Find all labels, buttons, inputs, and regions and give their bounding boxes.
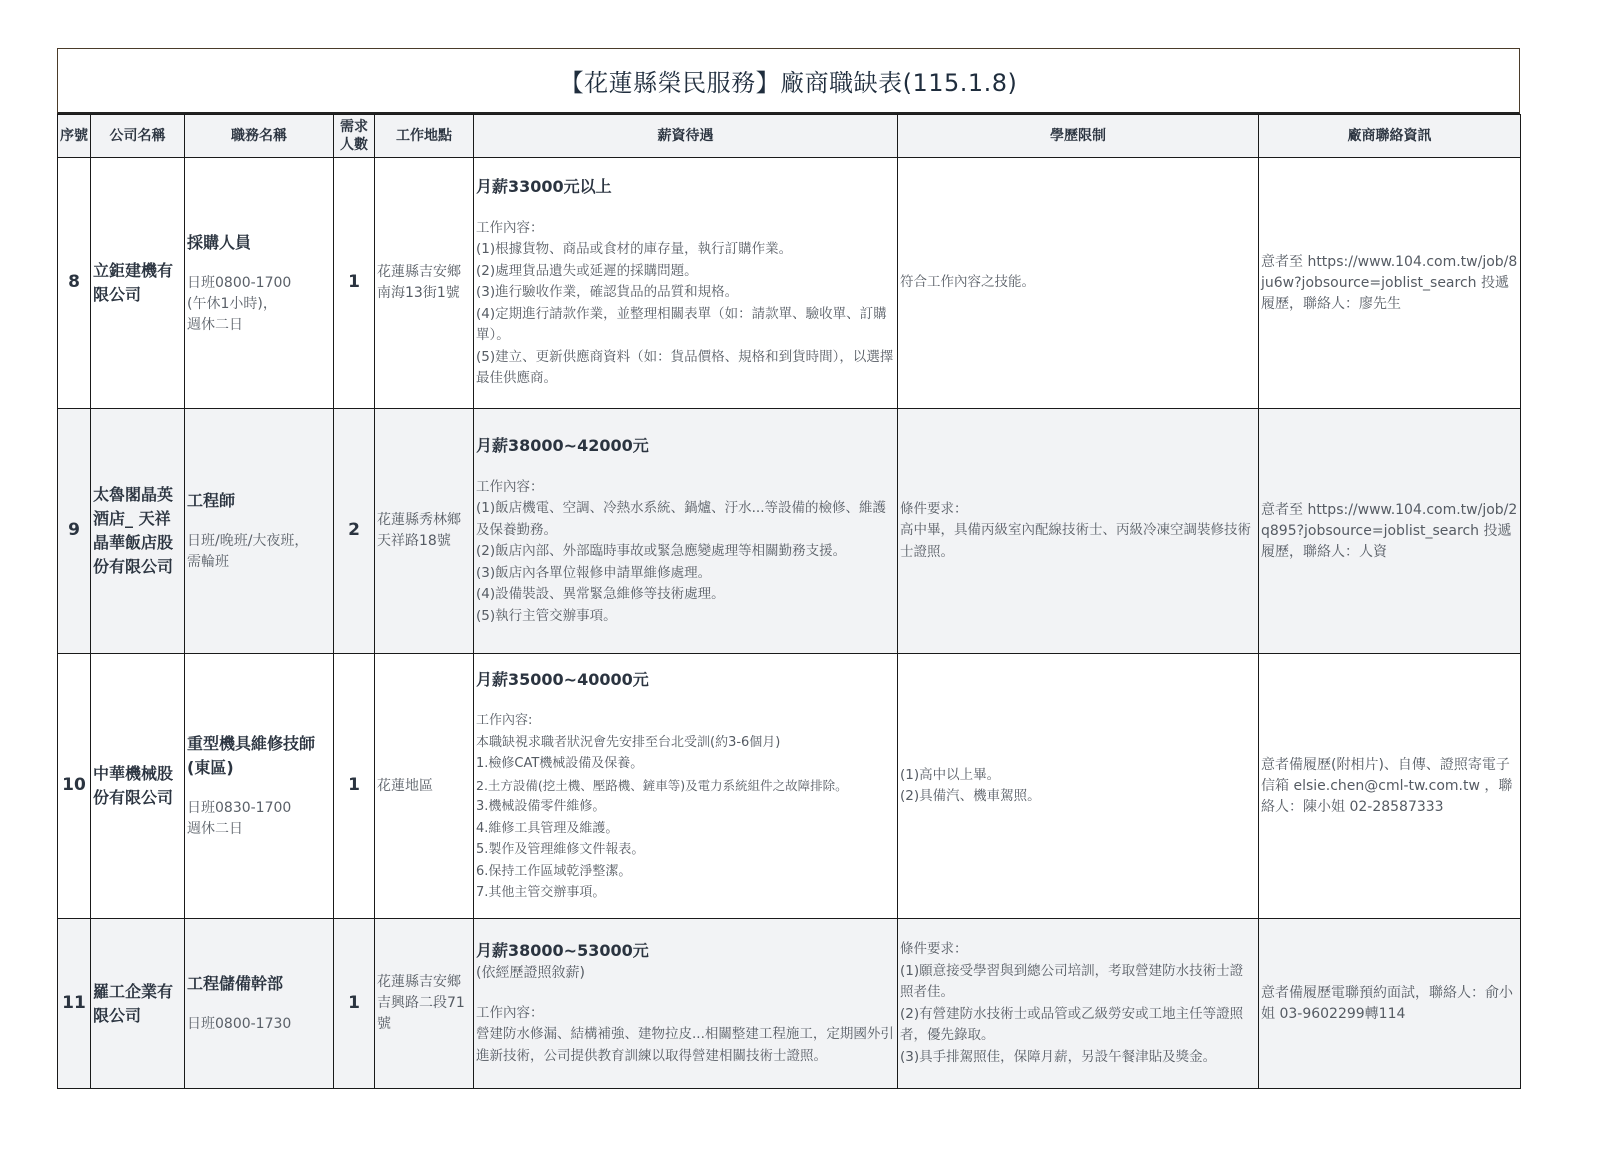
- seq-cell: 11: [58, 919, 91, 1089]
- shift-info: 日班0800-1730: [187, 1014, 331, 1035]
- location-cell: 花蓮縣吉安鄉南海13街1號: [375, 158, 474, 409]
- seq-cell: 10: [58, 654, 91, 919]
- company-cell: 中華機械股份有限公司: [91, 654, 185, 919]
- education-cell: 條件要求： 高中畢，具備丙級室內配線技術士、丙級冷凍空調裝修技術士證照。: [898, 409, 1259, 654]
- duty-line: (3)進行驗收作業，確認貨品的品質和規格。: [476, 282, 895, 304]
- header-education: 學歷限制: [898, 115, 1259, 158]
- job-title: 採購人員: [187, 231, 331, 255]
- contact-cell: 意者至 https://www.104.com.tw/job/2q895?job…: [1259, 409, 1521, 654]
- header-contact: 廠商聯絡資訊: [1259, 115, 1521, 158]
- table-header-row: 序號 公司名稱 職務名稱 需求人數 工作地點 薪資待遇 學歷限制 廠商聯絡資訊: [58, 115, 1521, 158]
- job-title: 重型機具維修技師(東區): [187, 732, 331, 780]
- count-cell: 2: [334, 409, 375, 654]
- job-title: 工程師: [187, 489, 331, 513]
- education-cell: 符合工作內容之技能。: [898, 158, 1259, 409]
- contact-cell: 意者備履歷電聯預約面試，聯絡人：俞小姐 03-9602299轉114: [1259, 919, 1521, 1089]
- duty-line: (2)飯店內部、外部臨時事故或緊急應變處理等相關勤務支援。: [476, 541, 895, 563]
- company-cell: 羅工企業有限公司: [91, 919, 185, 1089]
- duty-line: (4)定期進行請款作業，並整理相關表單（如：請款單、驗收單、訂購單）。: [476, 304, 895, 347]
- duty-line: 2.土方設備(挖土機、壓路機、鏟車等)及電力系統組件之故障排除。: [476, 775, 895, 797]
- header-count: 需求人數: [334, 115, 375, 158]
- duty-line: (5)執行主管交辦事項。: [476, 606, 895, 628]
- salary-cell: 月薪35000~40000元 工作內容: 本職缺視求職者狀況會先安排至台北受訓(…: [474, 654, 898, 919]
- location-cell: 花蓮縣吉安鄉吉興路二段71號: [375, 919, 474, 1089]
- job-cell: 重型機具維修技師(東區) 日班0830-1700 週休二日: [185, 654, 334, 919]
- duty-line: 6.保持工作區域乾淨整潔。: [476, 861, 895, 883]
- header-company: 公司名稱: [91, 115, 185, 158]
- duty-line: (5)建立、更新供應商資料（如：貨品價格、規格和到貨時間），以選擇最佳供應商。: [476, 347, 895, 390]
- location-cell: 花蓮地區: [375, 654, 474, 919]
- count-cell: 1: [334, 919, 375, 1089]
- duty-line: 工作內容：: [476, 1003, 895, 1025]
- duty-line: 5.製作及管理維修文件報表。: [476, 839, 895, 861]
- table-row: 8 立鉅建機有限公司 採購人員 日班0800-1700 (午休1小時)， 週休二…: [58, 158, 1521, 409]
- shift-info: 日班/晚班/大夜班， 需輪班: [187, 531, 331, 573]
- count-cell: 1: [334, 654, 375, 919]
- education-cell: (1)高中以上畢。 (2)具備汽、機車駕照。: [898, 654, 1259, 919]
- contact-cell: 意者至 https://www.104.com.tw/job/8ju6w?job…: [1259, 158, 1521, 409]
- salary-amount: 月薪38000~42000元: [476, 435, 895, 457]
- duty-line: 本職缺視求職者狀況會先安排至台北受訓(約3-6個月): [476, 732, 895, 754]
- duty-line: 1.檢修CAT機械設備及保養。: [476, 753, 895, 775]
- duty-line: 7.其他主管交辦事項。: [476, 882, 895, 904]
- duty-line: (2)處理貨品遺失或延遲的採購問題。: [476, 261, 895, 283]
- salary-amount: 月薪33000元以上: [476, 176, 895, 198]
- duty-line: 營建防水修漏、結構補強、建物拉皮...相關整建工程施工，定期國外引進新技術，公司…: [476, 1024, 895, 1067]
- salary-cell: 月薪33000元以上 工作內容： (1)根據貨物、商品或食材的庫存量，執行訂購作…: [474, 158, 898, 409]
- job-cell: 工程師 日班/晚班/大夜班， 需輪班: [185, 409, 334, 654]
- job-title: 工程儲備幹部: [187, 972, 331, 996]
- table-row: 10 中華機械股份有限公司 重型機具維修技師(東區) 日班0830-1700 週…: [58, 654, 1521, 919]
- duty-line: (4)設備裝設、異常緊急維修等技術處理。: [476, 584, 895, 606]
- vacancy-table: 序號 公司名稱 職務名稱 需求人數 工作地點 薪資待遇 學歷限制 廠商聯絡資訊 …: [57, 114, 1521, 1089]
- table-row: 11 羅工企業有限公司 工程儲備幹部 日班0800-1730 1 花蓮縣吉安鄉吉…: [58, 919, 1521, 1089]
- duty-line: 工作內容:: [476, 710, 895, 732]
- header-salary: 薪資待遇: [474, 115, 898, 158]
- duty-line: 工作內容：: [476, 477, 895, 499]
- header-location: 工作地點: [375, 115, 474, 158]
- salary-amount: 月薪38000~53000元: [476, 940, 895, 962]
- salary-cell: 月薪38000~42000元 工作內容： (1)飯店機電、空調、冷熱水系統、鍋爐…: [474, 409, 898, 654]
- job-cell: 採購人員 日班0800-1700 (午休1小時)， 週休二日: [185, 158, 334, 409]
- job-cell: 工程儲備幹部 日班0800-1730: [185, 919, 334, 1089]
- duty-line: 3.機械設備零件維修。: [476, 796, 895, 818]
- shift-info: 日班0830-1700 週休二日: [187, 798, 331, 840]
- duty-line: (3)飯店內各單位報修申請單維修處理。: [476, 563, 895, 585]
- sheet-title: 【花蓮縣榮民服務】廠商職缺表(115.1.8): [57, 48, 1520, 114]
- salary-amount: 月薪35000~40000元: [476, 669, 895, 691]
- duty-line: 工作內容：: [476, 218, 895, 240]
- education-cell: 條件要求： (1)願意接受學習與到總公司培訓，考取營建防水技術士證照者佳。 (2…: [898, 919, 1259, 1089]
- header-job: 職務名稱: [185, 115, 334, 158]
- count-cell: 1: [334, 158, 375, 409]
- salary-note: (依經歷證照敘薪): [476, 963, 895, 985]
- duty-line: (1)飯店機電、空調、冷熱水系統、鍋爐、汙水...等設備的檢修、維護及保養勤務。: [476, 498, 895, 541]
- seq-cell: 8: [58, 158, 91, 409]
- company-cell: 太魯閣晶英酒店_ 天祥晶華飯店股份有限公司: [91, 409, 185, 654]
- header-seq: 序號: [58, 115, 91, 158]
- table-row: 9 太魯閣晶英酒店_ 天祥晶華飯店股份有限公司 工程師 日班/晚班/大夜班， 需…: [58, 409, 1521, 654]
- company-cell: 立鉅建機有限公司: [91, 158, 185, 409]
- salary-cell: 月薪38000~53000元 (依經歷證照敘薪) 工作內容： 營建防水修漏、結構…: [474, 919, 898, 1089]
- contact-cell: 意者備履歷(附相片)、自傳、證照寄電子信箱 elsie.chen@cml-tw.…: [1259, 654, 1521, 919]
- duty-line: 4.維修工具管理及維護。: [476, 818, 895, 840]
- seq-cell: 9: [58, 409, 91, 654]
- job-vacancy-sheet: 【花蓮縣榮民服務】廠商職缺表(115.1.8) 序號 公司名稱 職務名稱 需求人…: [57, 48, 1520, 1089]
- duty-line: (1)根據貨物、商品或食材的庫存量，執行訂購作業。: [476, 239, 895, 261]
- location-cell: 花蓮縣秀林鄉天祥路18號: [375, 409, 474, 654]
- shift-info: 日班0800-1700 (午休1小時)， 週休二日: [187, 273, 331, 336]
